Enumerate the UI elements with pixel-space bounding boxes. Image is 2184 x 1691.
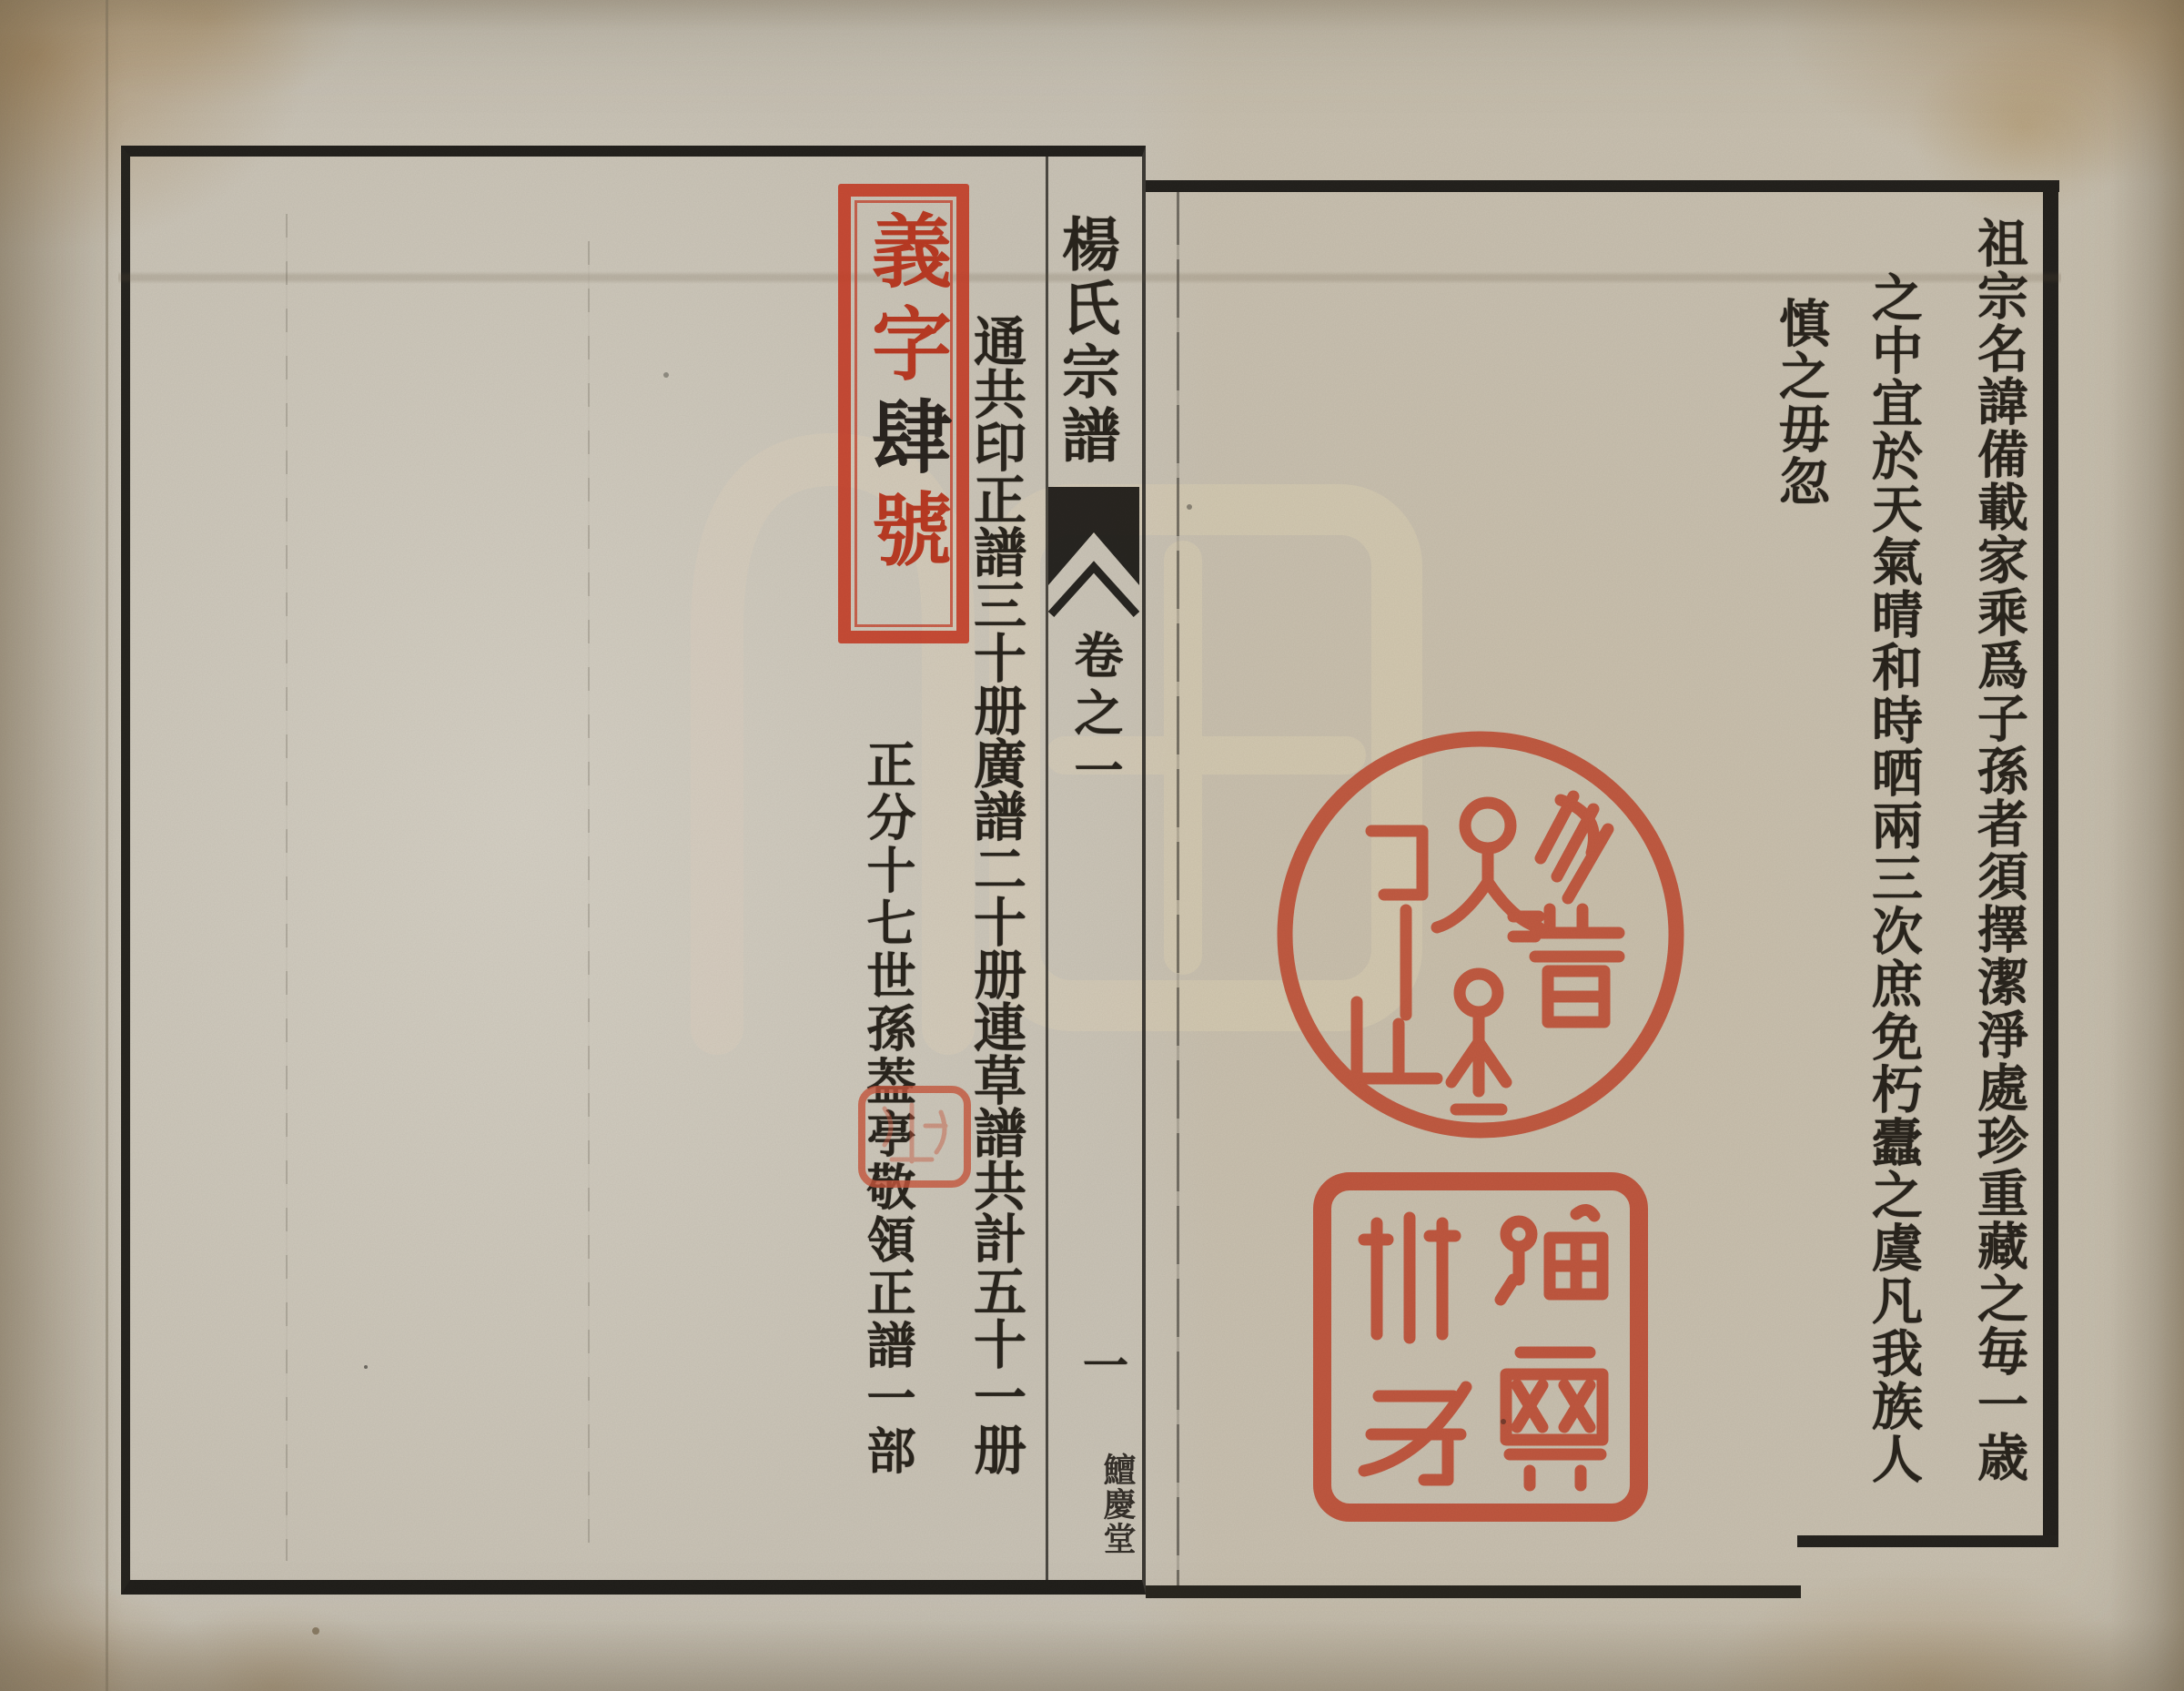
scanned-genealogy-spread: 義字肆號 通共印正譜三十册廣譜二十册連草譜共計五十一册 正分十七世孫葢亭敬領正譜… — [0, 0, 2184, 1691]
paper-grain-overlay — [0, 0, 2184, 1691]
